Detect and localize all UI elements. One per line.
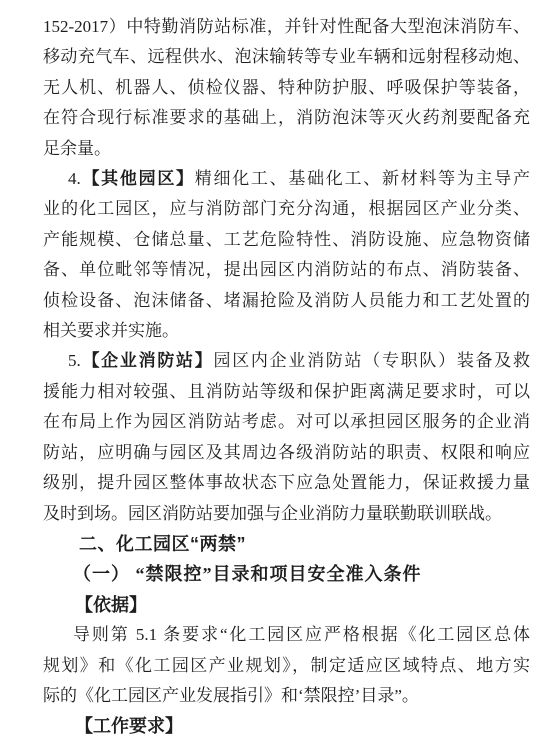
para2-line4: 备、单位毗邻等情况，提出园区内消防站的布点、消防装备、 [43, 255, 530, 285]
text-run: 无人机、机器人、侦检仪器、特种防护服、呼吸保护等装备， [43, 78, 530, 97]
para3-line3: 在布局上作为园区消防站考虑。对可以承担园区服务的企业消 [43, 407, 530, 437]
para2-line1: 4.【其他园区】精细化工、基础化工、新材料等为主导产 [68, 164, 530, 194]
text-run: 5. [68, 351, 81, 370]
text-run: 4. [68, 169, 81, 188]
subsection-heading: （一） “禁限控”目录和项目安全准入条件 [73, 559, 530, 589]
para4-line2: 规划》和《化工园区产业规划》，制定适应区域特点、地方实 [43, 651, 530, 681]
para3-line1: 5.【企业消防站】园区内企业消防站（专职队）装备及救 [68, 346, 530, 376]
bold-bracket-term: 【其他园区】 [81, 169, 195, 188]
text-run: 际的《化工园区产业发展指引》和‘禁限控’目录”。 [43, 686, 419, 705]
text-run: 【工作要求】 [75, 716, 183, 736]
text-run: 二、化工园区“两禁” [79, 534, 246, 554]
text-run: 在符合现行标准要求的基础上，消防泡沫等灭火药剂要配备充 [43, 108, 530, 127]
text-run: 产能规模、仓储总量、工艺危险特性、消防设施、应急物资储 [43, 230, 530, 249]
document-page: 152-2017）中特勤消防站标准，并针对性配备大型泡沫消防车、移动充气车、远程… [0, 0, 550, 756]
label-basis: 【依据】 [75, 590, 530, 620]
para3-line6: 及时到场。园区消防站要加强与企业消防力量联勤联训联战。 [43, 499, 530, 529]
para1-line3: 无人机、机器人、侦检仪器、特种防护服、呼吸保护等装备， [43, 73, 530, 103]
para4-line1: 导则第 5.1 条要求“化工园区应严格根据《化工园区总体 [73, 620, 530, 650]
label-work-requirements: 【工作要求】 [75, 711, 530, 741]
para3-line2: 援能力相对较强、且消防站等级和保护距离满足要求时，可以 [43, 377, 530, 407]
text-run: 精细化工、基础化工、新材料等为主导产 [195, 169, 530, 188]
para3-line5: 级别，提升园区整体事故状态下应急处置能力，保证救援力量 [43, 468, 530, 498]
text-run: 相关要求并实施。 [43, 321, 179, 340]
para1-line5: 足余量。 [43, 134, 530, 164]
text-run: 足余量。 [43, 139, 111, 158]
bold-bracket-term: 【企业消防站】 [81, 351, 214, 370]
para2-line3: 产能规模、仓储总量、工艺危险特性、消防设施、应急物资储 [43, 225, 530, 255]
text-run: 援能力相对较强、且消防站等级和保护距离满足要求时，可以 [43, 382, 530, 401]
text-run: 导则第 5.1 条要求“化工园区应严格根据《化工园区总体 [73, 625, 530, 644]
para2-line2: 业的化工园区，应与消防部门充分沟通，根据园区产业分类、 [43, 194, 530, 224]
text-run: 侦检设备、泡沫储备、堵漏抢险及消防人员能力和工艺处置的 [43, 291, 530, 310]
text-run: 【依据】 [75, 595, 147, 615]
para3-line4: 防站，应明确与园区及其周边各级消防站的职责、权限和响应 [43, 438, 530, 468]
text-run: 在布局上作为园区消防站考虑。对可以承担园区服务的企业消 [43, 412, 530, 431]
text-run: 业的化工园区，应与消防部门充分沟通，根据园区产业分类、 [43, 199, 530, 218]
text-run: 及时到场。园区消防站要加强与企业消防力量联勤联训联战。 [43, 504, 502, 523]
text-run: 园区内企业消防站（专职队）装备及救 [214, 351, 531, 370]
text-run: 防站，应明确与园区及其周边各级消防站的职责、权限和响应 [43, 443, 530, 462]
para1-line4: 在符合现行标准要求的基础上，消防泡沫等灭火药剂要配备充 [43, 103, 530, 133]
text-run: 级别，提升园区整体事故状态下应急处置能力，保证救援力量 [43, 473, 530, 492]
para2-line6: 相关要求并实施。 [43, 316, 530, 346]
para1-line1: 152-2017）中特勤消防站标准，并针对性配备大型泡沫消防车、 [43, 12, 530, 42]
para4-line3: 际的《化工园区产业发展指引》和‘禁限控’目录”。 [43, 681, 530, 711]
document-text-column: 152-2017）中特勤消防站标准，并针对性配备大型泡沫消防车、移动充气车、远程… [43, 12, 530, 742]
text-run: 规划》和《化工园区产业规划》，制定适应区域特点、地方实 [43, 656, 530, 675]
text-run: 移动充气车、远程供水、泡沫输转等专业车辆和远射程移动炮、 [43, 47, 530, 66]
text-run: 152-2017）中特勤消防站标准，并针对性配备大型泡沫消防车、 [43, 17, 530, 36]
text-run: 备、单位毗邻等情况，提出园区内消防站的布点、消防装备、 [43, 260, 530, 279]
para2-line5: 侦检设备、泡沫储备、堵漏抢险及消防人员能力和工艺处置的 [43, 286, 530, 316]
text-run: （一） “禁限控”目录和项目安全准入条件 [73, 564, 422, 584]
para1-line2: 移动充气车、远程供水、泡沫输转等专业车辆和远射程移动炮、 [43, 42, 530, 72]
section-heading: 二、化工园区“两禁” [79, 529, 530, 559]
